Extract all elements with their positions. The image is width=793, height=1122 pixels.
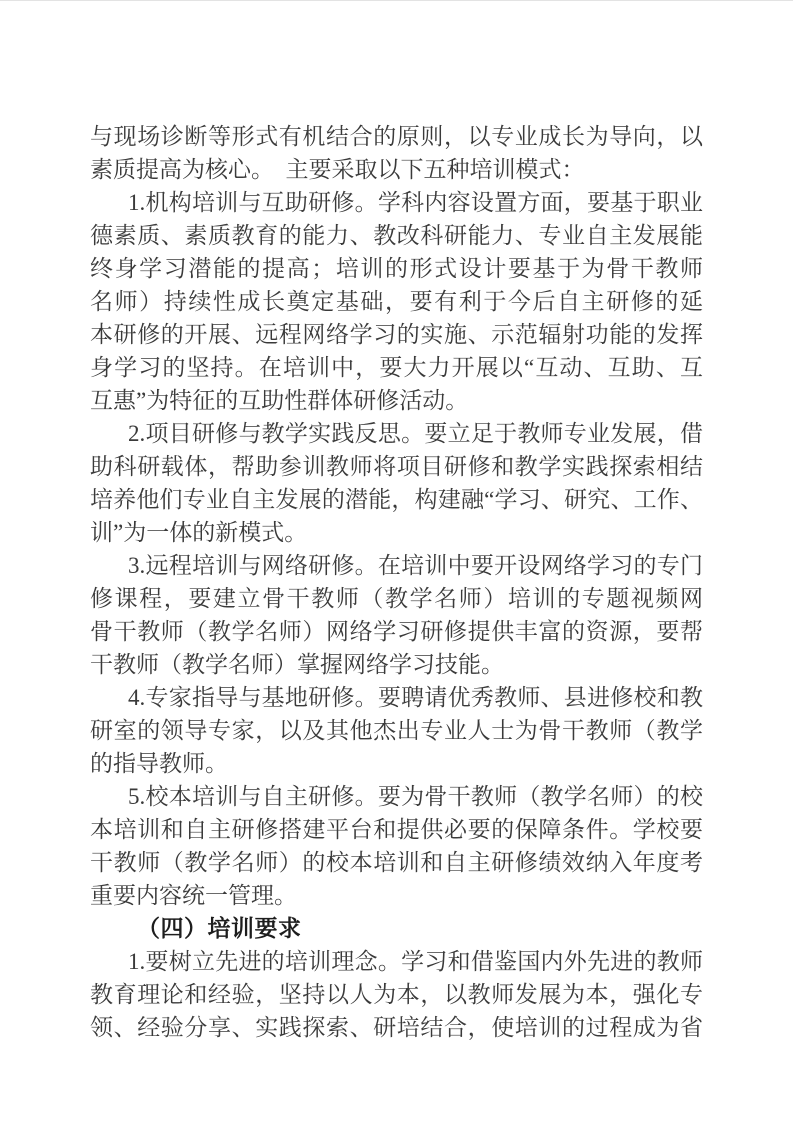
- text-line: 干教师（教学名师）的校本培训和自主研修绩效纳入年度考核的: [90, 846, 703, 879]
- text-line: 重要内容统一管理。: [90, 879, 703, 912]
- text-line: 的指导教师。: [90, 747, 703, 780]
- text-line: 助科研载体，帮助参训教师将项目研修和教学实践探索相结合，: [90, 450, 703, 483]
- text-line: 训”为一体的新模式。: [90, 516, 703, 549]
- text-line: 教育理论和经验，坚持以人为本，以教师发展为本，强化专业引: [90, 978, 703, 1011]
- text-line: 本研修的开展、远程网络学习的实施、示范辐射功能的发挥和终: [90, 318, 703, 351]
- document-page: 与现场诊断等形式有机结合的原则，以专业成长为导向，以综合 素质提高为核心。 主要…: [0, 0, 793, 1122]
- text-line: 领、经验分享、实践探索、研培结合，使培训的过程成为省级骨: [90, 1011, 703, 1044]
- text-line: 与现场诊断等形式有机结合的原则，以专业成长为导向，以综合: [90, 120, 703, 153]
- text-line: 研室的领导专家，以及其他杰出专业人士为骨干教师（教学名师）: [90, 714, 703, 747]
- text-line: 素质提高为核心。 主要采取以下五种培训模式：: [90, 153, 703, 186]
- text-line: 1.要树立先进的培训理念。学习和借鉴国内外先进的教师: [90, 945, 703, 978]
- text-line: 干教师（教学名师）掌握网络学习技能。: [90, 648, 703, 681]
- text-line: 骨干教师（教学名师）网络学习研修提供丰富的资源，要帮助骨: [90, 615, 703, 648]
- section-heading: （四）培训要求: [90, 912, 703, 945]
- text-line: 修课程，要建立骨干教师（教学名师）培训的专题视频网页，为: [90, 582, 703, 615]
- text-line: 名师）持续性成长奠定基础，要有利于今后自主研修的延续、校: [90, 285, 703, 318]
- page-top-edge: [0, 0, 793, 1]
- text-line: 2.项目研修与教学实践反思。要立足于教师专业发展，借: [90, 417, 703, 450]
- text-line: 5.校本培训与自主研修。要为骨干教师（教学名师）的校: [90, 780, 703, 813]
- text-line: 4.专家指导与基地研修。要聘请优秀教师、县进修校和教: [90, 681, 703, 714]
- text-line: 3.远程培训与网络研修。在培训中要开设网络学习的专门研: [90, 549, 703, 582]
- text-line: 德素质、素质教育的能力、教改科研能力、专业自主发展能力和: [90, 219, 703, 252]
- text-line: 培养他们专业自主发展的潜能，构建融“学习、研究、工作、培: [90, 483, 703, 516]
- text-line: 互惠”为特征的互助性群体研修活动。: [90, 384, 703, 417]
- text-line: 身学习的坚持。在培训中，要大力开展以“互动、互助、互补、: [90, 351, 703, 384]
- text-line: 终身学习潜能的提高；培训的形式设计要基于为骨干教师（教学: [90, 252, 703, 285]
- text-line: 1.机构培训与互助研修。学科内容设置方面，要基于职业道: [90, 186, 703, 219]
- text-line: 本培训和自主研修搭建平台和提供必要的保障条件。学校要将骨: [90, 813, 703, 846]
